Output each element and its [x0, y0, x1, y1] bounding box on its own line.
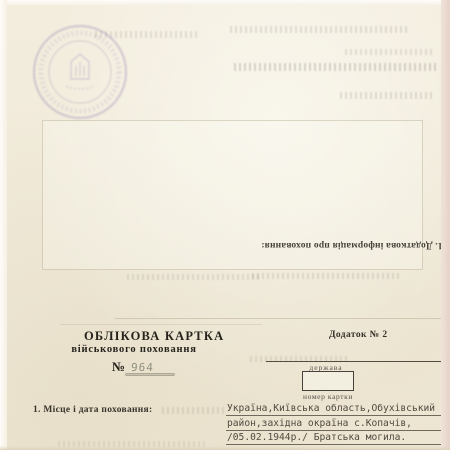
- fold-crease: [115, 318, 450, 319]
- appendix-label: Додаток № 2: [329, 330, 388, 340]
- burial-place-field-label: 1. Місце і дата поховання:: [33, 405, 152, 415]
- scanned-document: 11. Додаткова інформація про поховання: …: [0, 0, 450, 450]
- burial-place-value-line1: Україна,Київська область,Обухівський: [227, 403, 435, 414]
- burial-place-value-line2: район,західна окраїна с.Копачів,: [227, 418, 412, 429]
- field-rule-line: [226, 415, 450, 416]
- bleedthrough-artifact: [252, 273, 400, 279]
- bleedthrough-artifact: [162, 407, 224, 414]
- bleedthrough-artifact: [127, 274, 259, 280]
- state-field-line: [266, 361, 448, 362]
- scan-edge-bottom: [0, 446, 450, 450]
- field-rule-line: [226, 430, 448, 431]
- fold-crease: [60, 324, 262, 325]
- scan-edge-right: [441, 0, 450, 450]
- bleedthrough-artifact: [230, 26, 410, 33]
- card-number-underline: [126, 374, 174, 375]
- card-number-value: 964: [131, 361, 155, 374]
- bleedthrough-artifact: [234, 63, 439, 71]
- card-number-box-label: номер картки: [294, 392, 362, 401]
- reverse-side-text: 11. Додаткова інформація про поховання:: [251, 240, 447, 250]
- card-title: ОБЛІКОВА КАРТКА: [84, 329, 194, 344]
- scan-edge-left: [0, 0, 7, 450]
- scan-edge-top: [0, 0, 450, 5]
- card-number-symbol: №: [112, 359, 125, 375]
- card-subtitle: військового поховання: [70, 344, 198, 355]
- bleedthrough-artifact: [340, 92, 432, 99]
- card-number-box: [302, 371, 354, 391]
- burial-place-value-line3: /05.02.1944р./ Братська могила.: [227, 432, 406, 443]
- bleedthrough-artifact: [345, 49, 433, 55]
- bleedthrough-artifact: [95, 31, 200, 38]
- field-rule-line: [226, 444, 450, 445]
